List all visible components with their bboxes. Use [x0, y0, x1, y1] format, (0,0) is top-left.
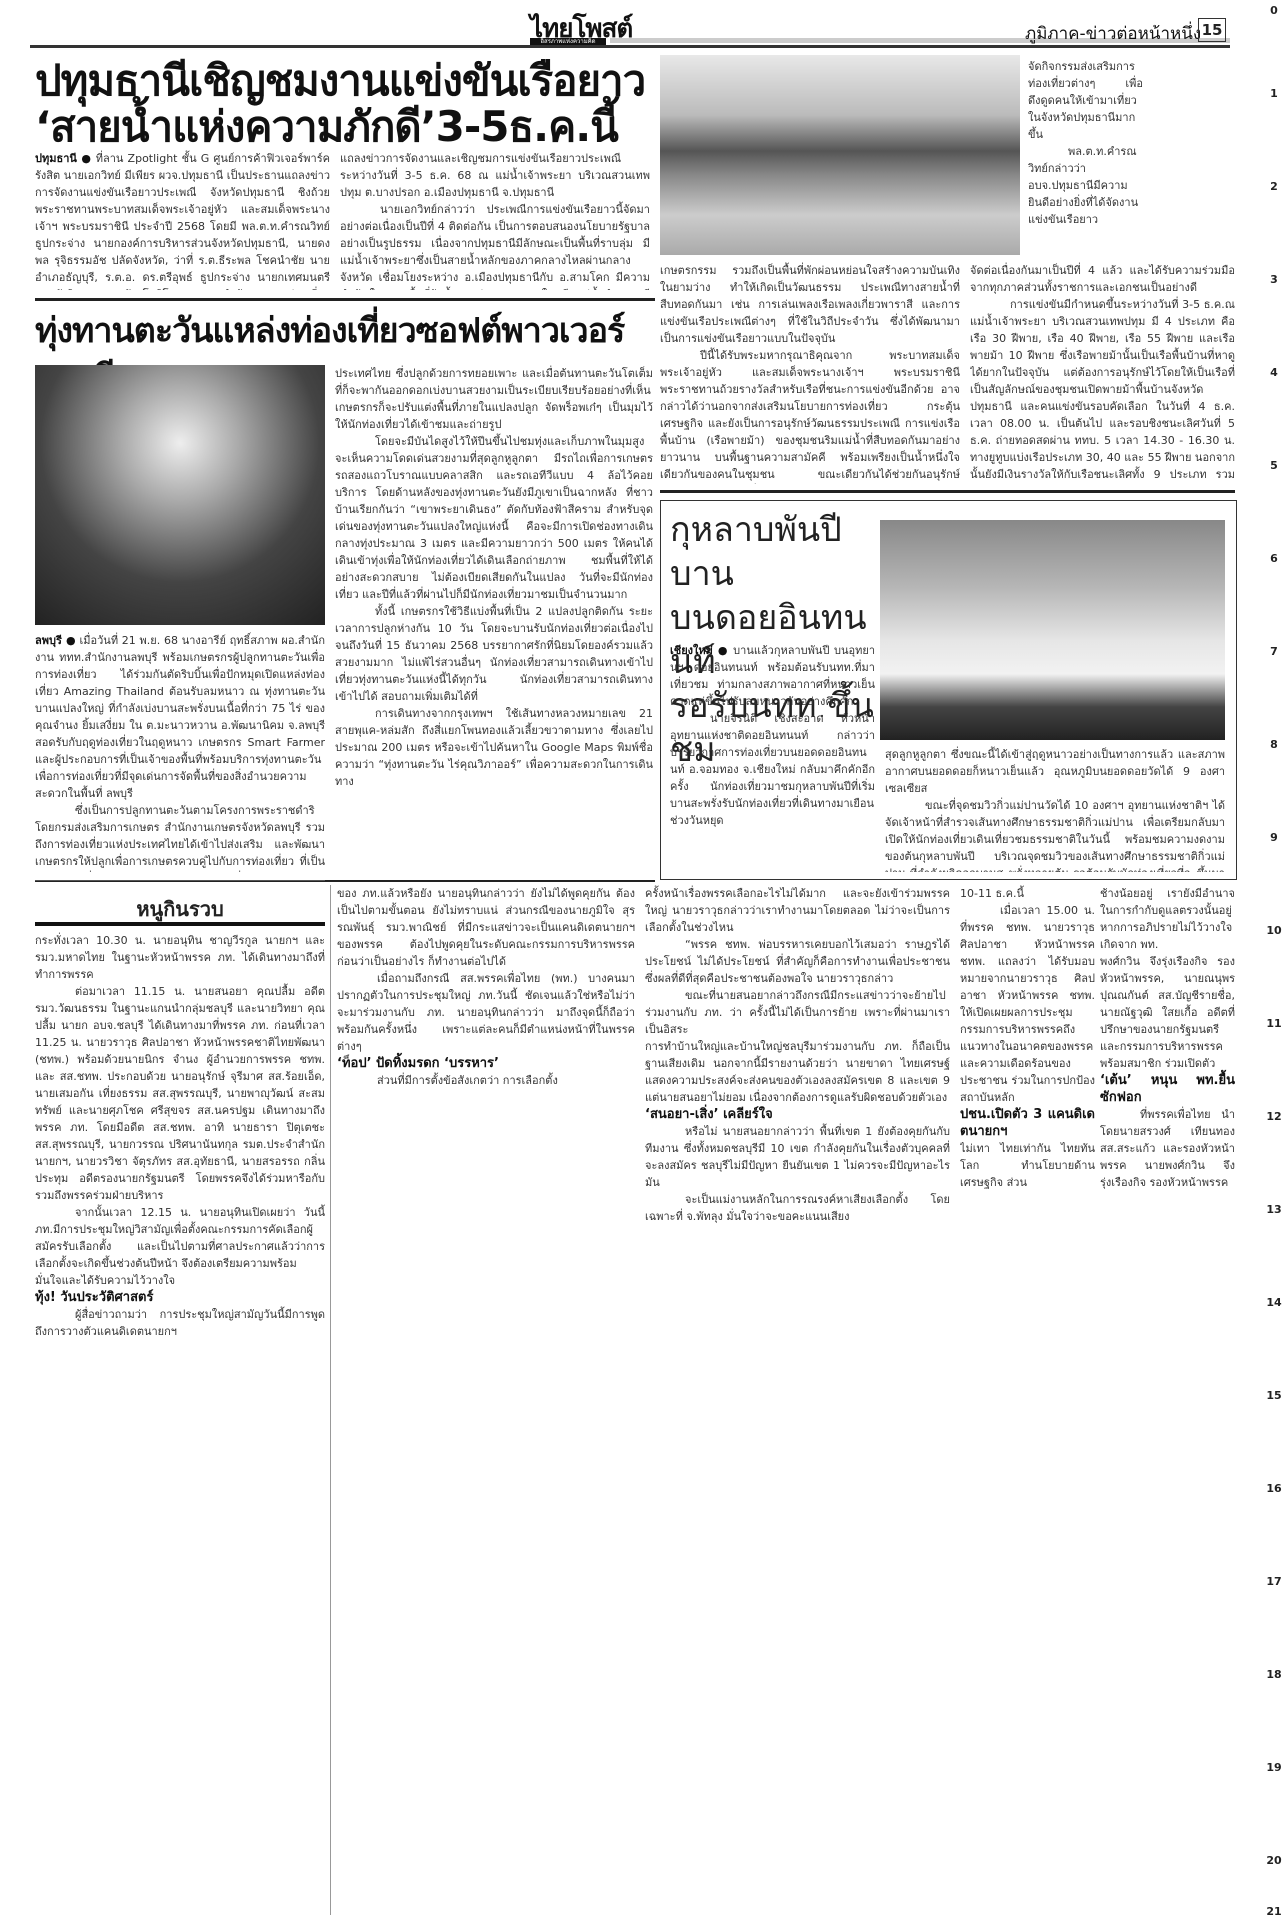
ruler-mark: 19 [1262, 1761, 1286, 1774]
ruler-mark: 16 [1262, 1482, 1286, 1495]
ruler-mark: 14 [1262, 1296, 1286, 1309]
article1-col4-text: จัดต่อเนื่องกันมาเป็นปีที่ 4 แล้ว และได้… [970, 262, 1235, 296]
ruler-mark: 10 [1262, 924, 1286, 937]
politics-col4b-text: หรือไม่ นายสนอยากล่าวว่า พื้นที่เขต 1 ยั… [645, 1123, 950, 1191]
boat-race-photo [660, 55, 1020, 255]
article2-col1b-text: ซึ่งเป็นการปลูกทานตะวันตามโครงการพระราชด… [35, 802, 325, 872]
column-text5: มั่นใจและได้รับความไว้วางใจ [35, 1272, 325, 1289]
article1-sidebar-text: จัดกิจกรรมส่งเสริมการท่องเที่ยวต่างๆ เพื… [1028, 58, 1143, 143]
ruler-mark: 5 [1262, 459, 1286, 472]
column-text4: ผู้สื่อข่าวถามว่า การประชุมใหญ่สามัญวันน… [35, 1306, 325, 1340]
politics-col4-text: การทำบ้านใหญ่และบ้านใหญ่ชลบุรีมาร่วมงานก… [645, 1038, 950, 1106]
column-top-rule [35, 880, 325, 881]
article3-col1b-text: นายจิรนิติ เชิงสะอาด หัวหน้าอุทยานแห่งชา… [670, 710, 875, 829]
politics-subhead-top: ‘ท็อป’ ปัดทิ้งมรดก ‘บรรหาร’ [337, 1055, 635, 1072]
article1-sidebar-text2: พล.ต.ท.คำรณวิทย์กล่าวว่า อบจ.ปทุมธานีมีค… [1028, 143, 1143, 228]
article1-col1-text: ที่ลาน Zpotlight ชั้น G ศูนย์การค้าฟิวเจ… [35, 152, 330, 290]
article2-col2: ประเทศไทย ซึ่งปลูกด้วยการทยอยเพาะ และเมื… [335, 365, 653, 875]
politics-col4c-text: จะเป็นแม่งานหลักในการรณรงค์หาเสียงเลือกต… [645, 1191, 950, 1225]
politics-col5b-text: เมื่อเวลา 15.00 น. ที่พรรค ชทพ. นายวราวุ… [960, 902, 1095, 1106]
article1-col3: เกษตรกรรม รวมถึงเป็นพื้นที่พักผ่อนหย่อนใ… [660, 262, 960, 484]
ruler-mark: 21 [1262, 1905, 1286, 1918]
politics-subhead4: ‘เต้น’ หนุน พท.ยื้นซักฟอก [1100, 1072, 1235, 1106]
ruler-mark: 7 [1262, 645, 1286, 658]
politics-col3b-text: “พรรค ชทพ. พ่อบรรหารเคยบอกไว้เสมอว่า ราษ… [645, 936, 950, 987]
article2-col2-text: ประเทศไทย ซึ่งปลูกด้วยการทยอยเพาะ และเมื… [335, 365, 653, 433]
politics-col6: ช้างน้อยอยู่ เรายังมีอำนาจในการกำกับดูแล… [1100, 885, 1235, 1915]
politics-col3: ครั้งหน้าเรื่องพรรคเลือกอะไรไม่ได้มาก แล… [645, 885, 950, 1915]
ruler-mark: 6 [1262, 552, 1286, 565]
politics-col5c-text: ไม่เทา ไทยเท่ากัน ไทยทันโลก ทำนโยบายด้าน… [960, 1140, 1095, 1191]
ruler-mark: 0 [1262, 4, 1286, 17]
ruler-mark: 1 [1262, 87, 1286, 100]
article2-col2c-text: ทั้งนี้ เกษตรกรใช้วิธีแบ่งพื้นที่เป็น 2 … [335, 603, 653, 705]
politics-col6-text: ช้างน้อยอยู่ เรายังมีอำนาจในการกำกับดูแล… [1100, 885, 1235, 953]
article1-col1: ปทุมธานี ● ที่ลาน Zpotlight ชั้น G ศูนย์… [35, 150, 330, 290]
ruler-mark: 8 [1262, 738, 1286, 751]
article2-col1: ลพบุรี ● เมื่อวันที่ 21 พ.ย. 68 นางอารีย… [35, 632, 325, 872]
ruler-mark: 11 [1262, 1017, 1286, 1030]
column-separator [330, 885, 331, 1915]
column-body: กระทั่งเวลา 10.30 น. นายอนุทิน ชาญวีรกูล… [35, 932, 325, 1920]
article-divider [660, 490, 1235, 493]
article1-col3b-text: ปีนี้ได้รับพระมหากรุณาธิคุณจาก พระบาทสมเ… [660, 347, 960, 484]
article3-col1: เชียงใหม่ ● บานแล้วกุหลาบพันปี บนอุทยานฯ… [670, 642, 875, 872]
ruler-mark: 3 [1262, 273, 1286, 286]
section-name: ภูมิภาค-ข่าวต่อหน้าหนึ่ง [1025, 20, 1201, 47]
article2-col1-text: เมื่อวันที่ 21 พ.ย. 68 นางอารีย์ ฤทธิ์สภ… [35, 634, 325, 800]
ruler-mark: 9 [1262, 831, 1286, 844]
page-number: 15 [1198, 18, 1226, 42]
article3-headline-line1: กุหลาบพันปีบาน [670, 508, 880, 596]
ruler-mark: 2 [1262, 180, 1286, 193]
politics-col3-text: ครั้งหน้าเรื่องพรรคเลือกอะไรไม่ได้มาก แล… [645, 885, 950, 936]
politics-col6c-text: ที่พรรคเพื่อไทย นำโดยนายสรวงศ์ เทียนทอง … [1100, 1106, 1235, 1191]
politics-subhead3: ปชน.เปิดตัว 3 แคนดิเดตนายกฯ [960, 1106, 1095, 1140]
article1-col2-text: แถลงข่าวการจัดงานและเชิญชมการแข่งขันเรือ… [340, 150, 650, 201]
ruler-mark: 13 [1262, 1203, 1286, 1216]
politics-col5: 10-11 ธ.ค.นี้ เมื่อเวลา 15.00 น. ที่พรรค… [960, 885, 1095, 1915]
politics-col6b-text: พงศ์กวิน จึงรุ่งเรืองกิจ รองหัวหน้าพรรค,… [1100, 953, 1235, 1072]
politics-col2-text: ของ ภท.แล้วหรือยัง นายอนุทินกล่าวว่า ยัง… [337, 885, 635, 970]
politics-col2b-text: เมื่อถามถึงกรณี สส.พรรคเพื่อไทย (พท.) บา… [337, 970, 635, 1055]
article3-col2: สุดลูกหูลูกตา ซึ่งขณะนี้ได้เข้าสู่ฤดูหนา… [885, 746, 1225, 872]
column-title-rule [35, 922, 325, 926]
page-ruler: 0 1 2 3 4 5 6 7 8 9 10 11 12 13 14 15 16… [1262, 0, 1286, 1920]
article2-dateline: ลพบุรี ● [35, 634, 76, 647]
ruler-mark: 4 [1262, 366, 1286, 379]
column-text3: จากนั้นเวลา 12.15 น. นายอนุทินเปิดเผยว่า… [35, 1204, 325, 1272]
article-divider [35, 298, 655, 301]
article1-col4: จัดต่อเนื่องกันมาเป็นปีที่ 4 แล้ว และได้… [970, 262, 1235, 484]
politics-col2: ของ ภท.แล้วหรือยัง นายอนุทินกล่าวว่า ยัง… [337, 885, 635, 1915]
politics-col3c-text: ขณะที่นายสนอยากล่าวถึงกรณีมีกระแสข่าวว่า… [645, 987, 950, 1038]
article1-headline-line2: ‘สายน้ำแห่งความภักดี’3-5ธ.ค.นี้ [35, 104, 655, 150]
politics-subhead2: ‘สนอยา-เสิ่ง’ เคลียร์ใจ [645, 1106, 950, 1123]
article2-col2b-text: โดยจะมีบันไดสูงไว้ให้ปีนขึ้นไปชมทุ่งและเ… [335, 433, 653, 603]
ruler-mark: 15 [1262, 1389, 1286, 1402]
politics-col5-text: 10-11 ธ.ค.นี้ [960, 885, 1095, 902]
article1-col4b-text: การแข่งขันมีกำหนดขึ้นระหว่างวันที่ 3-5 ธ… [970, 296, 1235, 484]
column-text2: ต่อมาเวลา 11.15 น. นายสนอยา คุณปลื้ม อดี… [35, 983, 325, 1204]
article1-dateline: ปทุมธานี ● [35, 152, 92, 165]
article1-sidebar: จัดกิจกรรมส่งเสริมการท่องเที่ยวต่างๆ เพื… [1028, 58, 1143, 258]
article3-dateline: เชียงใหม่ ● [670, 644, 729, 657]
article3-col2b-text: ขณะที่จุดชมวิวกิ่วแม่ปานวัดได้ 10 องศาฯ … [885, 797, 1225, 872]
ruler-mark: 17 [1262, 1575, 1286, 1588]
column-text1: กระทั่งเวลา 10.30 น. นายอนุทิน ชาญวีรกูล… [35, 932, 325, 983]
article1-col2: แถลงข่าวการจัดงานและเชิญชมการแข่งขันเรือ… [340, 150, 650, 290]
column-subhead: ทุ้ง! วันประวัติศาสตร์ [35, 1289, 325, 1306]
article1-headline-line1: ปทุมธานีเชิญชมงานแข่งขันเรือยาว [35, 58, 655, 104]
article1-headline: ปทุมธานีเชิญชมงานแข่งขันเรือยาว ‘สายน้ำแ… [35, 58, 655, 150]
politics-text-top: ส่วนที่มีการตั้งข้อสังเกตว่า การเลือกตั้… [337, 1072, 635, 1089]
sunflower-field-photo [35, 365, 325, 625]
article2-col2d-text: การเดินทางจากกรุงเทพฯ ใช้เส้นทางหลวงหมาย… [335, 705, 653, 790]
column-title: หนูกินรวบ [35, 893, 325, 925]
article3-col2-text: สุดลูกหูลูกตา ซึ่งขณะนี้ได้เข้าสู่ฤดูหนา… [885, 746, 1225, 797]
article1-col2b-text: นายเอกวิทย์กล่าวว่า ประเพณีการแข่งขันเรื… [340, 201, 650, 290]
ruler-mark: 20 [1262, 1854, 1286, 1867]
ruler-mark: 18 [1262, 1668, 1286, 1681]
ruler-mark: 12 [1262, 1110, 1286, 1123]
misty-mountain-photo [880, 520, 1225, 740]
article1-col3-text: เกษตรกรรม รวมถึงเป็นพื้นที่พักผ่อนหย่อนใ… [660, 262, 960, 347]
